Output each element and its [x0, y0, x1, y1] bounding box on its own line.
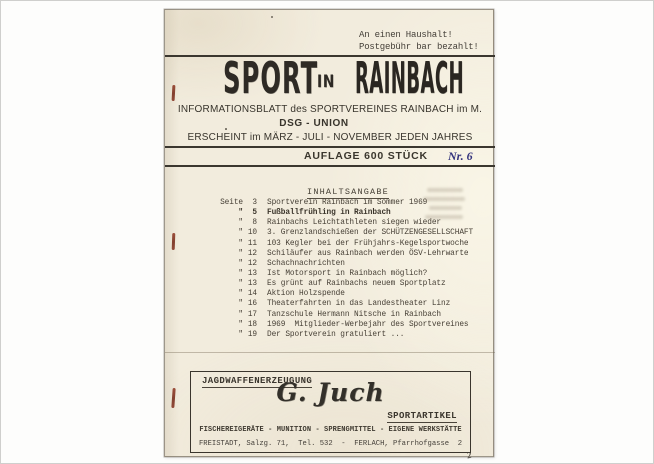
- toc-row: "8Rainbachs Leichtathleten siegen wieder: [219, 219, 473, 229]
- toc-row-title: Schiläufer aus Rainbach werden ÖSV-Lehrw…: [267, 250, 468, 258]
- page-title-word-rainbach: RAINBACH: [355, 57, 464, 101]
- toc-row-label: ": [219, 250, 243, 258]
- toc-row-title: Sportverein Rainbach im Sommer 1969: [267, 199, 427, 207]
- ad-company-name: G. Juch: [191, 378, 470, 407]
- toc-row-title: Ist Motorsport in Rainbach möglich?: [267, 270, 427, 278]
- red-pen-mark: [172, 85, 176, 101]
- red-pen-mark: [171, 388, 176, 408]
- advertisement-box: JAGDWAFFENERZEUGUNG G. Juch SPORTARTIKEL…: [190, 371, 471, 453]
- toc-row-title: Theaterfahrten in das Landestheater Linz: [267, 300, 450, 308]
- toc-row-label: ": [219, 270, 243, 278]
- postal-note-line1: An einen Haushalt!: [359, 30, 453, 40]
- fold-line: [165, 352, 495, 353]
- toc-row-page: 14: [245, 290, 257, 298]
- masthead-bottom-rule: [165, 165, 495, 167]
- toc-row-title: Aktion Holzspende: [267, 290, 345, 298]
- toc-row: "12Schachnachrichten: [219, 260, 473, 270]
- ad-subcategory-label: SPORTARTIKEL: [387, 411, 457, 423]
- toc-row-label: ": [219, 300, 243, 308]
- toc-row-title: Der Sportverein gratuliert ...: [267, 331, 404, 339]
- toc-row-title: 1969 Mitglieder-Werbejahr des Sportverei…: [267, 321, 468, 329]
- toc-row: "103. Grenzlandschießen der SCHÜTZENGESE…: [219, 229, 473, 239]
- page-title-word-sport: SPORT: [223, 57, 318, 101]
- toc-row-page: 13: [245, 270, 257, 278]
- toc-row-label: ": [219, 229, 243, 237]
- toc-row: "16Theaterfahrten in das Landestheater L…: [219, 300, 473, 310]
- toc-row-label: ": [219, 209, 243, 217]
- toc-row-label: ": [219, 280, 243, 288]
- toc-row-label: ": [219, 311, 243, 319]
- paper-speck: [271, 16, 273, 18]
- toc-row-page: 12: [245, 250, 257, 258]
- toc-row-title: Rainbachs Leichtathleten siegen wieder: [267, 219, 441, 227]
- ad-address-line: FREISTADT, Salzg. 71, Tel. 532 - FERLACH…: [191, 440, 470, 448]
- toc-row-title: Schachnachrichten: [267, 260, 345, 268]
- masthead-organization: DSG - UNION: [149, 118, 479, 129]
- issue-number: Nr. 6: [448, 149, 473, 164]
- toc-row-label: ": [219, 331, 243, 339]
- masthead-subtitle: INFORMATIONSBLATT des SPORTVEREINES RAIN…: [165, 104, 495, 115]
- paper-speck: [225, 128, 227, 130]
- toc-row-page: 8: [245, 219, 257, 227]
- postal-note-line2: Postgebühr bar bezahlt!: [359, 42, 479, 52]
- toc-row-page: 5: [245, 209, 257, 217]
- bleedthrough-ghost: [423, 197, 465, 201]
- toc-row: "181969 Mitglieder-Werbejahr des Sportve…: [219, 321, 473, 331]
- toc-row-title: Fußballfrühling in Rainbach: [267, 209, 391, 217]
- page-title-word-in: IN: [317, 74, 335, 91]
- scanned-page-background: An einen Haushalt!Postgebühr bar bezahlt…: [0, 0, 654, 464]
- toc-row-title: Es grünt auf Rainbachs neuem Sportplatz: [267, 280, 446, 288]
- toc-row-title: 103 Kegler bei der Frühjahrs-Kegelsportw…: [267, 240, 468, 248]
- toc-row: "14Aktion Holzspende: [219, 290, 473, 300]
- newsletter-page: An einen Haushalt!Postgebühr bar bezahlt…: [164, 9, 494, 457]
- toc-row-label: ": [219, 290, 243, 298]
- bleedthrough-ghost: [429, 206, 462, 210]
- toc-row-page: 19: [245, 331, 257, 339]
- toc-row: "13Es grünt auf Rainbachs neuem Sportpla…: [219, 280, 473, 290]
- toc-row: "11103 Kegler bei der Frühjahrs-Kegelspo…: [219, 240, 473, 250]
- edition-note: AUFLAGE 600 STÜCK: [304, 150, 428, 162]
- toc-row: "12Schiläufer aus Rainbach werden ÖSV-Le…: [219, 250, 473, 260]
- toc-row-page: 12: [245, 260, 257, 268]
- masthead-schedule: ERSCHEINT im MÄRZ - JULI - NOVEMBER JEDE…: [165, 132, 495, 143]
- toc-row: "19Der Sportverein gratuliert ...: [219, 331, 473, 341]
- toc-row-page: 16: [245, 300, 257, 308]
- ad-products-line: FISCHEREIGERÄTE - MUNITION - SPRENGMITTE…: [191, 426, 470, 434]
- toc-row-page: 10: [245, 229, 257, 237]
- toc-row: "17Tanzschule Hermann Nitsche in Rainbac…: [219, 311, 473, 321]
- toc-row-page: 18: [245, 321, 257, 329]
- toc-list: Seite3Sportverein Rainbach im Sommer 196…: [219, 199, 473, 341]
- toc-row-label: ": [219, 260, 243, 268]
- toc-row-label: Seite: [219, 199, 243, 207]
- toc-heading: INHALTSANGABE: [183, 187, 513, 197]
- toc-row-page: 17: [245, 311, 257, 319]
- toc-row-label: ": [219, 321, 243, 329]
- toc-row-page: 11: [245, 240, 257, 248]
- toc-heading-text: INHALTSANGABE: [307, 187, 389, 199]
- bleedthrough-ghost: [427, 188, 463, 192]
- toc-row-page: 13: [245, 280, 257, 288]
- toc-row-title: Tanzschule Hermann Nitsche in Rainbach: [267, 311, 441, 319]
- masthead-middle-rule: [165, 146, 495, 148]
- toc-row: "13Ist Motorsport in Rainbach möglich?: [219, 270, 473, 280]
- toc-row-page: 3: [245, 199, 257, 207]
- postal-note: An einen Haushalt!Postgebühr bar bezahlt…: [359, 30, 479, 53]
- toc-row-label: ": [219, 219, 243, 227]
- red-pen-mark: [172, 233, 176, 250]
- toc-row-title: 3. Grenzlandschießen der SCHÜTZENGESELLS…: [267, 229, 473, 237]
- handwritten-corner-mark: 2: [466, 450, 473, 461]
- toc-row-label: ": [219, 240, 243, 248]
- bleedthrough-ghost: [425, 215, 463, 219]
